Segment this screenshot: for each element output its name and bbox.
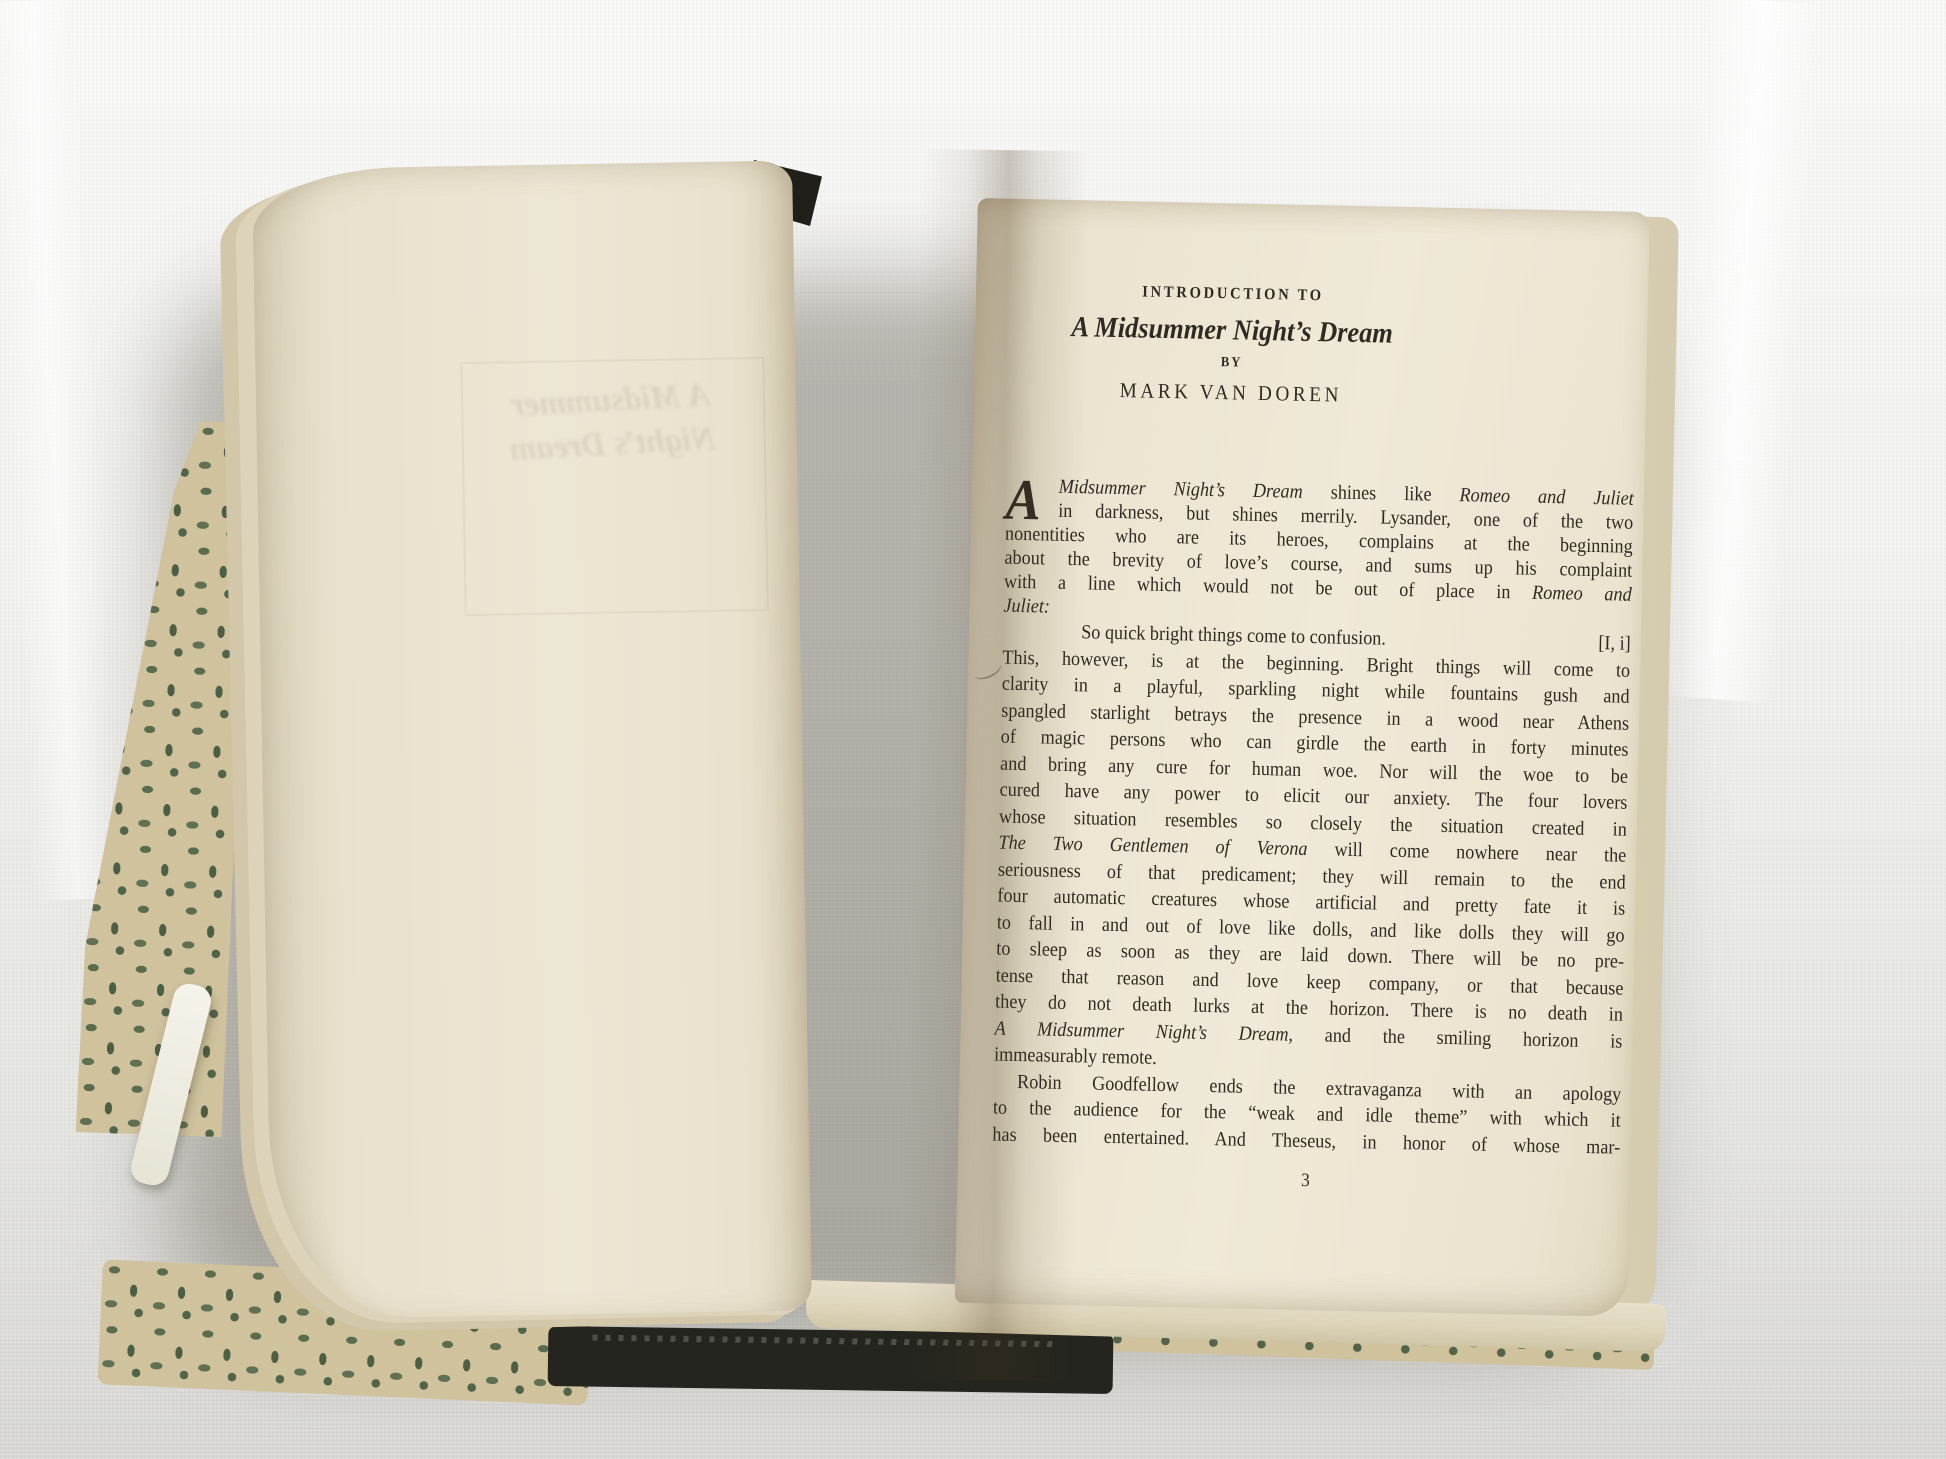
author-name: MARK VAN DOREN [917,372,1545,413]
page-text-column: INTRODUCTION TO A Midsummer Night’s Drea… [991,279,1638,1201]
act-scene-citation: [I, i] [1598,630,1631,657]
show-through-title: A Midsummer Night’s Dream [479,372,743,473]
body-paragraph-3: Robin Goodfellow ends the extravaganza w… [992,1068,1621,1161]
drop-cap: A [1005,476,1041,525]
body-text: A Midsummer Night’s Dream shines like Ro… [991,474,1634,1201]
book-title: A Midsummer Night’s Dream [918,307,1546,354]
left-page: A Midsummer Night’s Dream [252,160,812,1319]
body-paragraph-2: This, however, is at the beginning. Brig… [994,644,1631,1081]
right-page: INTRODUCTION TO A Midsummer Night’s Drea… [955,198,1650,1317]
heading-kicker: INTRODUCTION TO [919,277,1547,312]
spine-bottom-band [548,1326,1114,1394]
chapter-heading: INTRODUCTION TO A Midsummer Night’s Drea… [917,277,1547,413]
page-number: 3 [991,1162,1619,1202]
body-paragraph-1: A Midsummer Night’s Dream shines like Ro… [1003,474,1634,631]
photo-scene: A Midsummer Night’s Dream INTRODUCTION T… [0,0,1946,1459]
fabric-crease [1656,0,1825,703]
fabric-crease [0,0,123,902]
